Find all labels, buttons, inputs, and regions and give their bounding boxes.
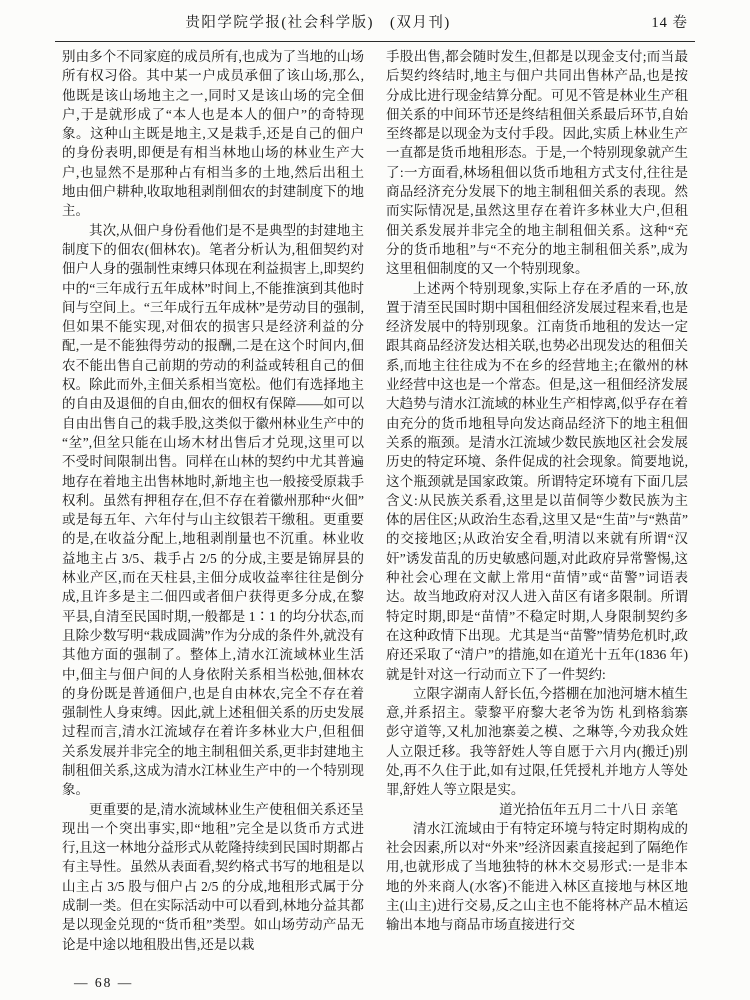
left-column: 别由多个不同家庭的成员所有,也成为了当地的山场所有权习俗。其中某一户成员承佃了该… [62,47,364,970]
body-paragraph: 其次,从佃户身份看他们是不是典型的封建地主制度下的佃农(佃林农)。笔者分析认为,… [62,221,364,800]
page-number: — 68 — [74,975,133,991]
body-paragraph: 上述两个特别现象,实际上存在矛盾的一环,放置于清至民国时期中国租佃经济发展过程来… [386,279,688,684]
volume-label: 14 卷 [651,11,688,32]
contract-quote-paragraph: 立限字湖南人舒长伍,今搭棚在加池河塘木植生意,并系招主。蒙黎平府黎大老爷为饬 札… [386,684,688,800]
header-rule [55,41,695,42]
text-columns: 别由多个不同家庭的成员所有,也成为了当地的山场所有权习俗。其中某一户成员承佃了该… [62,47,688,970]
journal-page: 贵阳学院学报(社会科学版) (双月刊) 14 卷 别由多个不同家庭的成员所有,也… [0,0,750,1000]
body-paragraph: 手股出售,都会随时发生,但都是以现金支付;而当最后契约终结时,地主与佃户共同出售… [386,47,688,279]
contract-signature-line: 道光拾伍年五月二十八日 亲笔 [386,800,688,819]
body-paragraph: 更重要的是,清水流域林业生产使租佃关系还呈现出一个突出事实,即“地租”完全是以货… [62,800,364,954]
right-column: 手股出售,都会随时发生,但都是以现金支付;而当最后契约终结时,地主与佃户共同出售… [386,47,688,970]
page-header: 贵阳学院学报(社会科学版) (双月刊) 14 卷 [55,11,695,33]
journal-title: 贵阳学院学报(社会科学版) (双月刊) [0,11,638,32]
body-paragraph: 别由多个不同家庭的成员所有,也成为了当地的山场所有权习俗。其中某一户成员承佃了该… [62,47,364,221]
body-paragraph: 清水江流域由于有特定环境与特定时期构成的社会因素,所以对“外来”经济因素直接起到… [386,819,688,935]
